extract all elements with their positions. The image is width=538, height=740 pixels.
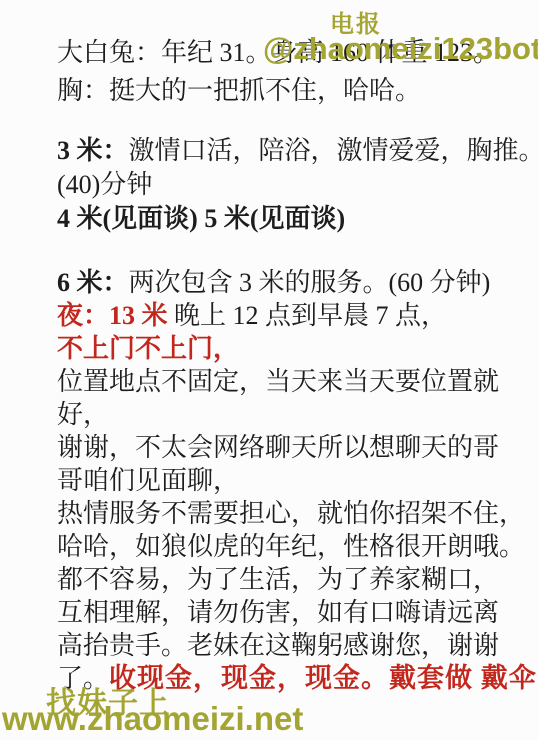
text-segment: 收现金，现金，现金。戴套做 戴伞	[109, 663, 537, 693]
text-line: 4 米(见面谈) 5 米(见面谈)	[57, 202, 538, 236]
text-segment: 高抬贵手。老妹在这鞠躬感谢您，谢谢	[57, 631, 499, 660]
text-line: 胸：挺大的一把抓不住，哈哈。	[57, 72, 538, 110]
text-line: 都不容易，为了生活，为了养家糊口，	[57, 563, 538, 596]
text-segment: 位置地点不固定，当天来当天要位置就	[57, 367, 499, 396]
text-segment: 哥咱们见面聊，	[57, 466, 239, 495]
watermark-telegram-handle: @zhaomeizi123bot	[263, 31, 538, 67]
text-segment: 热情服务不需要担心，就怕你招架不住，	[57, 499, 525, 528]
text-segment: 两次包含 3 米的服务。(60 分钟)	[129, 268, 491, 297]
text-line: 6 米：两次包含 3 米的服务。(60 分钟)	[57, 266, 538, 299]
text-segment: 6 米：	[57, 268, 129, 297]
text-line: 热情服务不需要担心，就怕你招架不住，	[57, 497, 538, 530]
text-segment: 夜：13 米	[57, 301, 168, 330]
text-segment: 胸：挺大的一把抓不住，哈哈。	[57, 76, 421, 105]
text-segment: 哈哈，如狼似虎的年纪，性格很开朗哦。	[57, 532, 525, 561]
text-line: 夜：13 米 晚上 12 点到早晨 7 点，	[57, 299, 538, 332]
text-line: 不上门不上门，	[57, 332, 538, 365]
text-segment: 4 米(见面谈) 5 米(见面谈)	[57, 204, 345, 233]
text-segment: 3 米：	[57, 136, 129, 165]
text-segment: 谢谢，不太会网络聊天所以想聊天的哥	[57, 433, 499, 462]
text-segment: 晚上 12 点到早晨 7 点，	[168, 301, 448, 330]
text-segment: (40)分钟	[57, 170, 152, 199]
text-line: 谢谢，不太会网络聊天所以想聊天的哥	[57, 431, 538, 464]
text-line: 哥咱们见面聊，	[57, 464, 538, 497]
watermark-site-url: www.zhaomeizi.net	[2, 700, 303, 738]
text-line: (40)分钟	[57, 168, 538, 202]
text-line: 哈哈，如狼似虎的年纪，性格很开朗哦。	[57, 530, 538, 563]
text-line: 位置地点不固定，当天来当天要位置就	[57, 365, 538, 398]
text-segment: 激情口活，陪浴，激情爱爱，胸推。	[129, 136, 538, 165]
ad-text-body: 大白兔：年纪 31。身高 160 体重 123。胸：挺大的一把抓不住，哈哈。3 …	[0, 0, 538, 740]
text-line: 好，	[57, 398, 538, 431]
text-segment: 互相理解，请勿伤害，如有口嗨请远离	[57, 598, 499, 627]
text-line: 3 米：激情口活，陪浴，激情爱爱，胸推。	[57, 134, 538, 168]
text-segment: 都不容易，为了生活，为了养家糊口，	[57, 565, 499, 594]
text-segment: 不上门不上门，	[57, 334, 239, 363]
text-line: 互相理解，请勿伤害，如有口嗨请远离	[57, 596, 538, 629]
text-block: 6 米：两次包含 3 米的服务。(60 分钟)夜：13 米 晚上 12 点到早晨…	[57, 266, 538, 695]
ad-image-canvas: 大白兔：年纪 31。身高 160 体重 123。胸：挺大的一把抓不住，哈哈。3 …	[0, 0, 538, 740]
text-block: 3 米：激情口活，陪浴，激情爱爱，胸推。(40)分钟4 米(见面谈) 5 米(见…	[57, 134, 538, 236]
text-line: 高抬贵手。老妹在这鞠躬感谢您，谢谢	[57, 629, 538, 662]
text-segment: 好，	[57, 400, 109, 429]
